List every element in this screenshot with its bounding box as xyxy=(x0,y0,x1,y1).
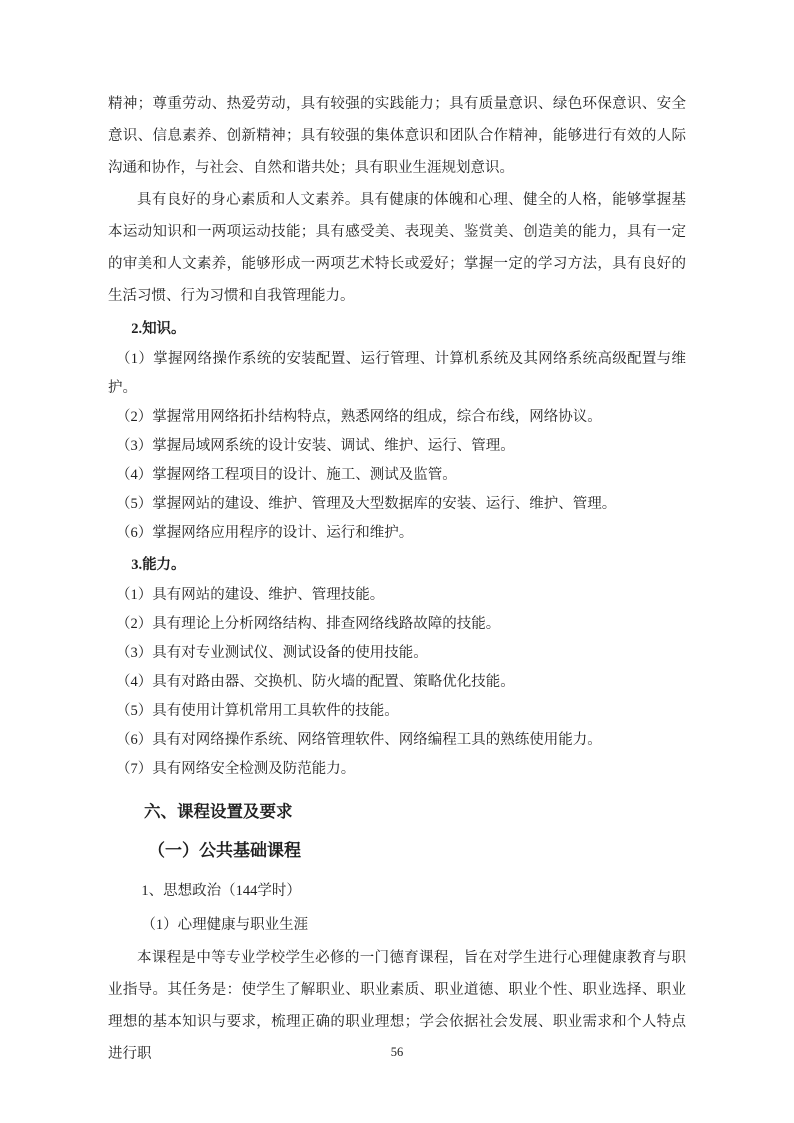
page-number: 56 xyxy=(0,1045,794,1060)
knowledge-item: （3）掌握局域网系统的设计安装、调试、维护、运行、管理。 xyxy=(108,432,686,461)
paragraph-wellbeing: 具有良好的身心素质和人文素养。具有健康的体魄和心理、健全的人格，能够掌握基本运动… xyxy=(108,184,686,312)
knowledge-item: （1）掌握网络操作系统的安装配置、运行管理、计算机系统及其网络系统高级配置与维护… xyxy=(108,345,686,403)
knowledge-item: （6）掌握网络应用程序的设计、运行和维护。 xyxy=(108,519,686,548)
list-heading-ability: 3.能力。 xyxy=(108,550,686,580)
knowledge-item: （4）掌握网络工程项目的设计、施工、测试及监管。 xyxy=(108,461,686,490)
knowledge-item: （2）掌握常用网络拓扑结构特点，熟悉网络的组成，综合布线，网络协议。 xyxy=(108,403,686,432)
course-title-line: 1、思想政治（144学时） xyxy=(108,874,686,908)
ability-item: （1）具有网站的建设、维护、管理技能。 xyxy=(108,581,686,610)
document-body: 精神；尊重劳动、热爱劳动，具有较强的实践能力；具有质量意识、绿色环保意识、安全意… xyxy=(108,88,686,1070)
list-heading-knowledge: 2.知识。 xyxy=(108,314,686,344)
section-heading-curriculum: 六、课程设置及要求 xyxy=(108,800,686,824)
ability-item: （5）具有使用计算机常用工具软件的技能。 xyxy=(108,697,686,726)
knowledge-item: （5）掌握网站的建设、维护、管理及大型数据库的安装、运行、维护、管理。 xyxy=(108,490,686,519)
ability-item: （4）具有对路由器、交换机、防火墙的配置、策略优化技能。 xyxy=(108,668,686,697)
paragraph-continuation: 精神；尊重劳动、热爱劳动，具有较强的实践能力；具有质量意识、绿色环保意识、安全意… xyxy=(108,88,686,184)
ability-item: （3）具有对专业测试仪、测试设备的使用技能。 xyxy=(108,639,686,668)
document-page: 精神；尊重劳动、热爱劳动，具有较强的实践能力；具有质量意识、绿色环保意识、安全意… xyxy=(0,0,794,1123)
course-subtitle-line: （1）心理健康与职业生涯 xyxy=(108,908,686,942)
ability-item: （6）具有对网络操作系统、网络管理软件、网络编程工具的熟练使用能力。 xyxy=(108,726,686,755)
subsection-heading-public-basic-courses: （一）公共基础课程 xyxy=(108,838,686,864)
ability-item: （2）具有理论上分析网络结构、排查网络线路故障的技能。 xyxy=(108,610,686,639)
ability-item: （7）具有网络安全检测及防范能力。 xyxy=(108,755,686,784)
